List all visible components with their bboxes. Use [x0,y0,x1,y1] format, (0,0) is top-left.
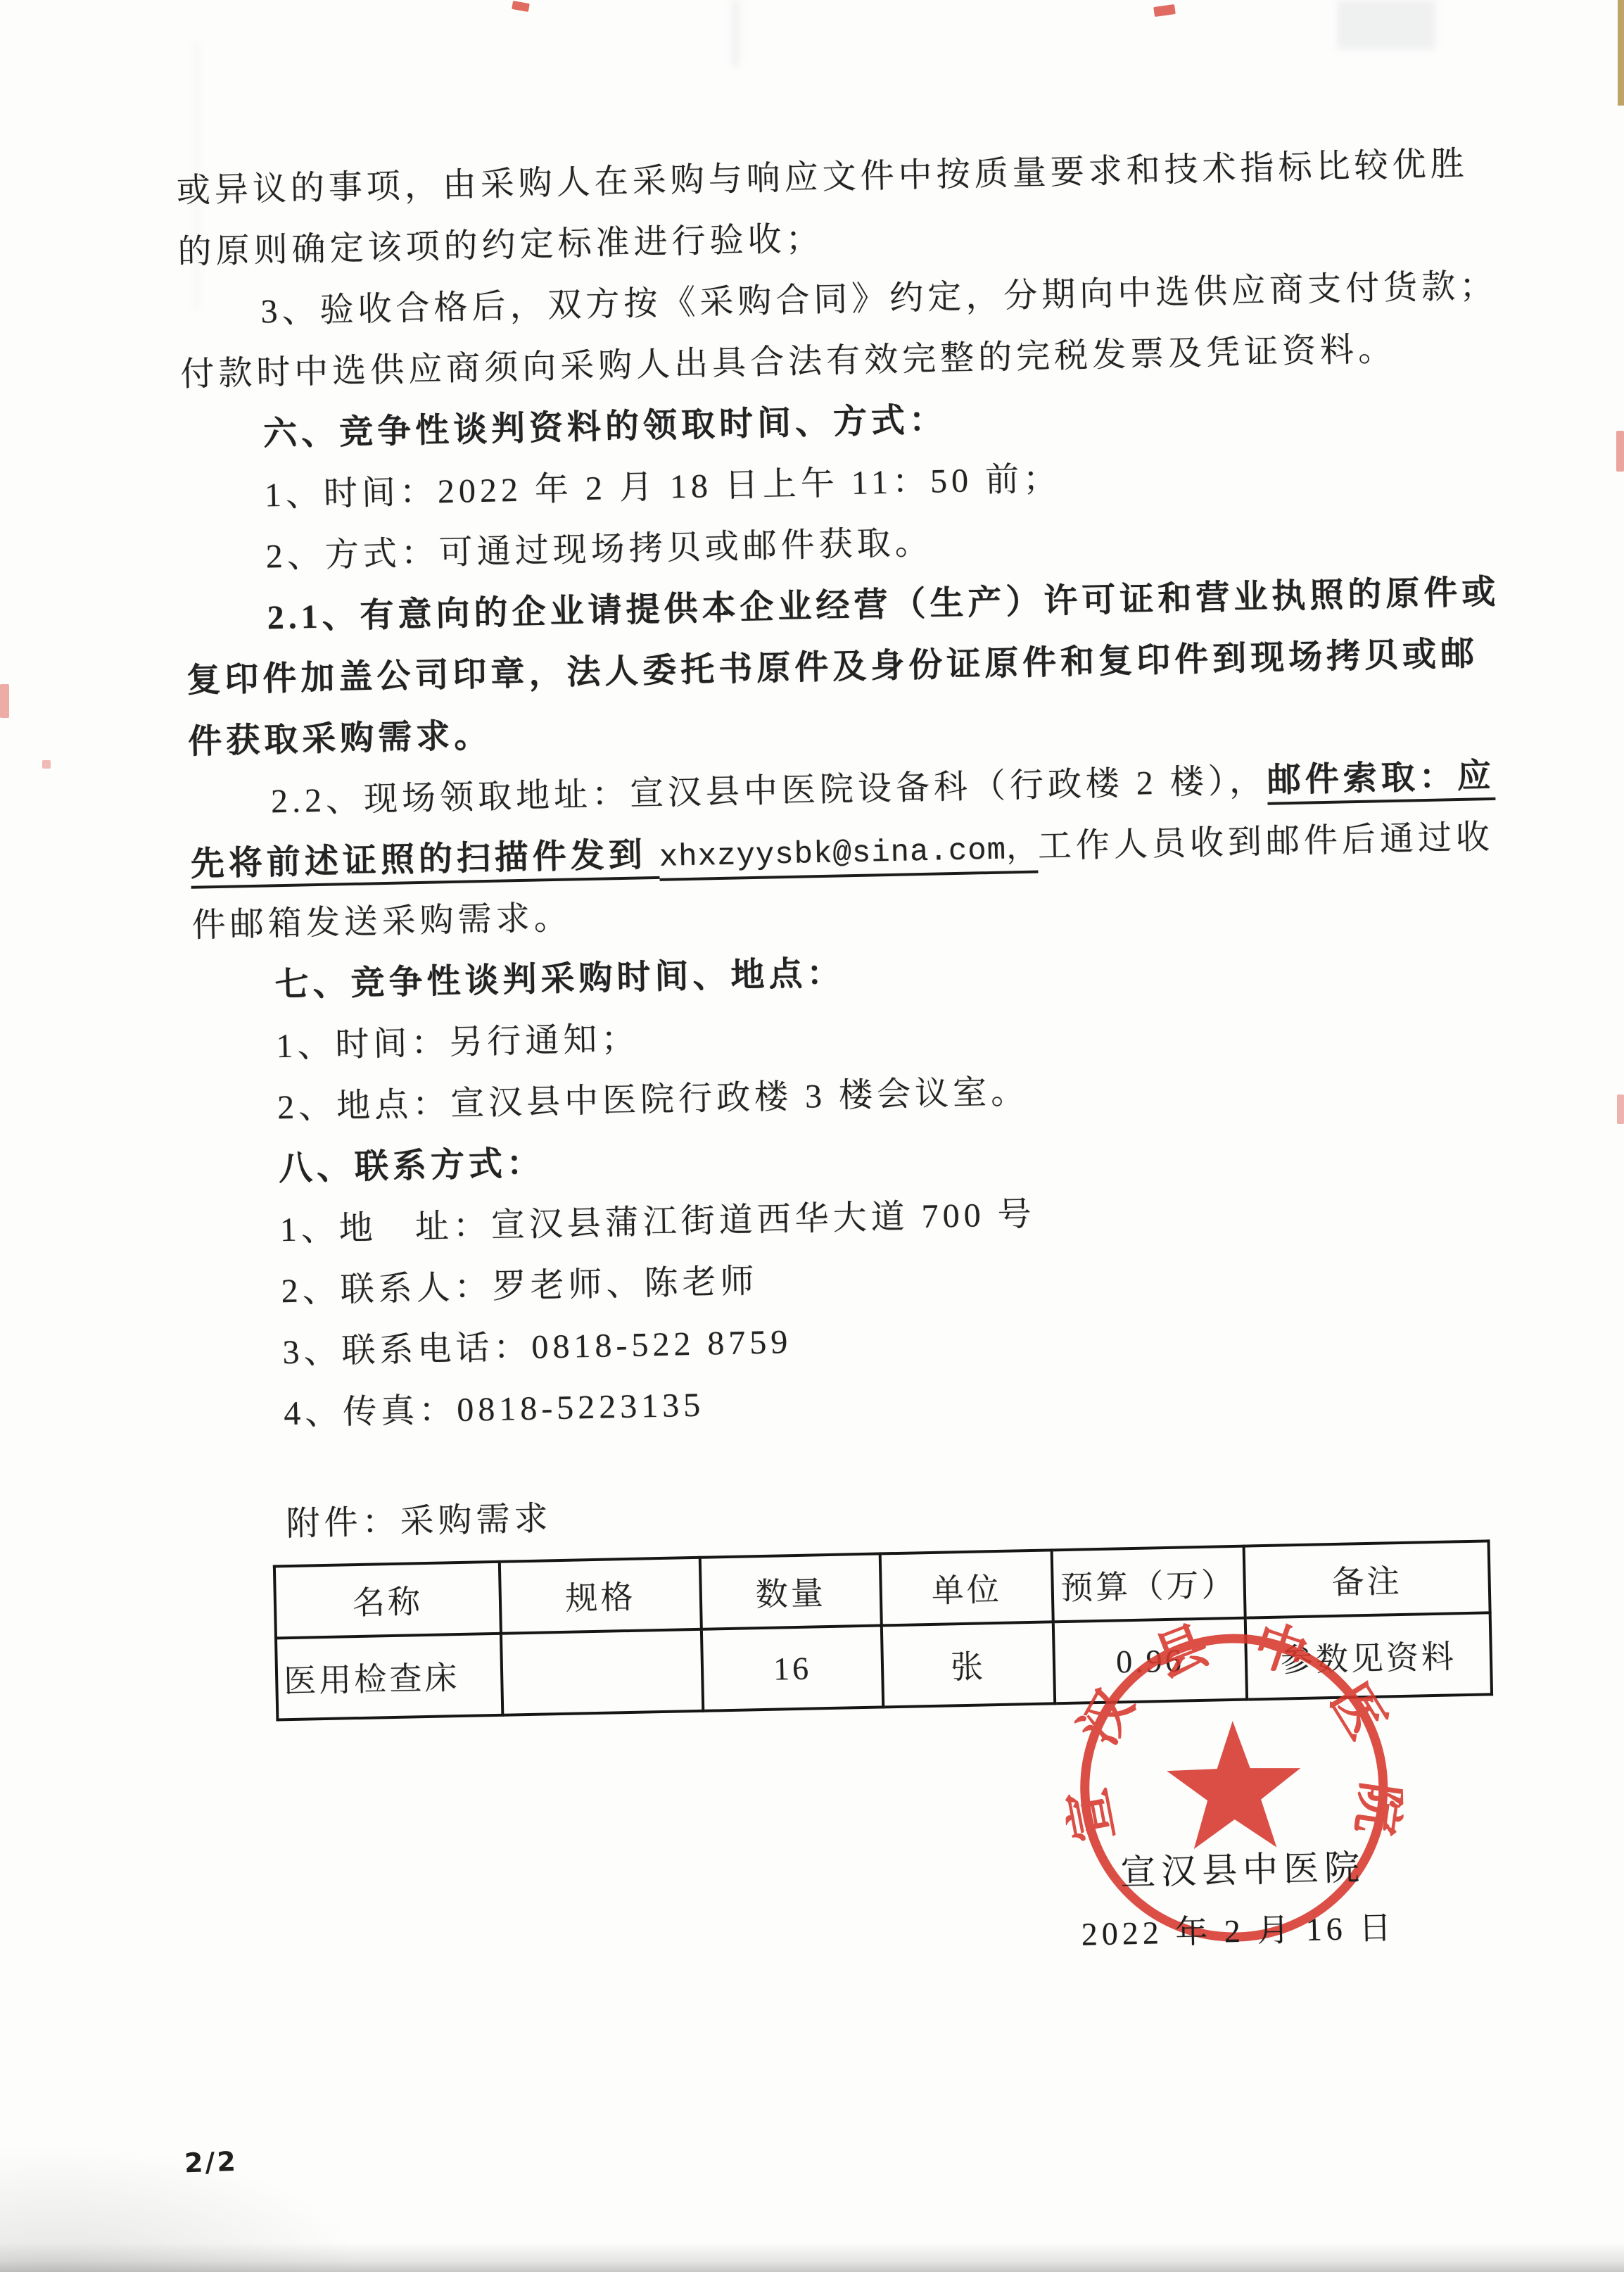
table-cell [501,1629,703,1715]
text-segment: 2.2、现场领取地址：宣汉县中医院设备科（行政楼 2 楼）， [271,762,1268,821]
page-number: 2/2 [184,2146,238,2179]
scan-streak [732,0,739,67]
red-ink-speck [1153,4,1176,17]
document-content: 或异议的事项，由采购人在采购与响应文件中按质量要求和技术指标比较优胜的原则确定该… [176,133,1540,2202]
text-segment: 邮件索取：应 [1267,757,1495,805]
table-header-cell: 名称 [274,1562,501,1639]
text-segment: 2、地点：宣汉县中医院行政楼 3 楼会议室。 [277,1073,1029,1126]
signature-block: 宣汉县中医院 宣汉县中医院 2022 年 2 月 16 日 [1062,1612,1422,2027]
text-segment: 的原则确定该项的约定标准进行验收； [177,220,824,271]
text-segment: 六、竞争性谈判资料的领取时间、方式： [263,401,948,453]
table-header-cell: 数量 [700,1553,882,1629]
text-segment: 1、时间：2022 年 2 月 18 日上午 11：50 前； [264,460,1061,515]
table-cell: 张 [882,1622,1055,1707]
text-segment: 八、联系方式： [278,1144,545,1187]
scanned-document-page: 或异议的事项，由采购人在采购与响应文件中按质量要求和技术指标比较优胜的原则确定该… [0,0,1624,2272]
table-header-cell: 备注 [1244,1541,1490,1617]
text-segment: 1、时间：另行通知； [276,1020,640,1065]
scan-streak [1337,0,1435,49]
text-segment: 先将前述证照的扫描件发到 [190,836,659,889]
text-segment: 2、方式：可通过现场拷贝或邮件获取。 [265,524,933,576]
text-segment: 3、联系电话：0818-522 8759 [282,1323,792,1371]
table-header-cell: 单位 [880,1550,1053,1625]
text-segment: 1、地 址：宣汉县蒲江街道西华大道 700 号 [279,1196,1036,1249]
red-ink-speck [512,1,530,12]
text-segment: 2、联系人：罗老师、陈老师 [281,1263,759,1310]
table-header-cell: 规格 [500,1558,702,1634]
text-segment: 七、竞争性谈判采购时间、地点： [274,954,845,1004]
document-body-text: 或异议的事项，由采购人在采购与响应文件中按质量要求和技术指标比较优胜的原则确定该… [176,133,1524,1446]
table-cell: 医用检查床 [276,1634,502,1720]
red-ink-speck [42,760,51,769]
red-ink-speck [0,684,9,718]
red-ink-speck [1616,431,1624,472]
table-header-cell: 预算（万） [1052,1546,1245,1622]
signature-org: 宣汉县中医院 [1066,1838,1419,1896]
text-segment: 工作人员收到邮件后通过收 [1037,819,1494,866]
seal-star-icon [1166,1719,1302,1850]
scan-edge-artifact [1618,0,1624,106]
text-segment: 件邮箱发送采购需求。 [191,899,572,944]
signature-date: 2022 年 2 月 16 日 [1055,1901,1421,1955]
red-ink-speck [1617,1094,1624,1124]
text-segment: 件获取采购需求。 [188,717,493,761]
table-cell: 16 [702,1625,883,1710]
text-segment: 4、传真：0818-5223135 [284,1387,705,1433]
email-text: xhxzyysbk@sina.com， [659,833,1038,881]
